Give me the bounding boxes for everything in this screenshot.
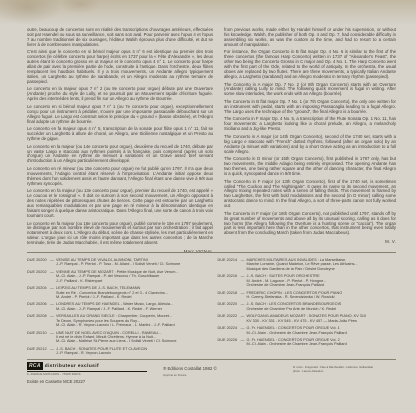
catalog-entry-text: G. Fr. HAENDEL : CONCERTOS POUR ORGUE Vo… (247, 338, 397, 347)
catalog-separator: — (48, 270, 56, 283)
liner-notes-paragraph: For instance, the Organ Concerto in B fl… (224, 50, 396, 79)
catalog-number: DUE 20210 (27, 331, 48, 344)
liner-notes-paragraph: The Concerto in D minor (or 15th Organ C… (224, 157, 396, 177)
catalog-listing: DUE 20200 — VENISE AU TEMPS DE VIVALDI, … (27, 258, 396, 359)
liner-notes-paragraph: The Concerto in A major (or 14th Organ C… (224, 135, 396, 155)
distributor-row: RCA distributeur exclusif (27, 362, 147, 370)
liner-notes-paragraph: The Concerto in B flat major Op. 7 No. 1… (224, 100, 396, 115)
catalog-number: DUE 20204 (27, 286, 48, 299)
catalog-entry-text: G. Fr. HAENDEL : CONCERTOS POUR ORGUE Vo… (247, 326, 397, 335)
liner-notes-paragraph: outre, beaucoup de concertos sont en réa… (27, 28, 213, 48)
catalog-entry: DUE 20226 — G. Fr. HAENDEL : CONCERTOS P… (218, 338, 397, 347)
artwork-credit-block: ill. recto : Fragonard : Fête à Rambouil… (293, 366, 396, 373)
liner-notes-english-column: from previous works, made either by Hand… (224, 28, 396, 254)
author-signature-english: M. V. (224, 239, 396, 244)
liner-notes-paragraph: Le concerto en fa majeur (ou 16e concert… (27, 222, 213, 246)
print-credit: Imprimé en France (163, 373, 273, 377)
catalog-entry: DUE 20214 — MARCHES MILITAIRES AUX INVAL… (218, 258, 397, 271)
catalog-separator: — (239, 302, 247, 311)
distributor-address: 9, AVENUE MATIGNON - 75008 PARIS (27, 371, 147, 376)
catalog-number: DUE 20226 (218, 338, 239, 347)
distributor-block: RCA distributeur exclusif 9, AVENUE MATI… (27, 362, 147, 384)
liner-notes-paragraph: Le concerto en fa majeur (ou 13e concert… (27, 189, 213, 218)
catalog-entry-text: VIENNE AU TEMPS DE MOZART : Petite Musiq… (56, 270, 206, 283)
catalog-entry: DUE 20222 — WOLFGANG-AMADEUS MOZART : SO… (218, 314, 397, 323)
catalog-entry: DUE 20206 — LONDRES AU TEMPS DE HAENDEL … (27, 302, 206, 311)
catalog-separator: — (48, 286, 56, 299)
catalog-entry: DUE 20204 — LEIPZIG AU TEMPS DE J.-S. BA… (27, 286, 206, 299)
catalog-entry-text: FREDERIC CHOPIN : LES CONCERTOS POUR PIA… (247, 291, 397, 300)
catalog-entry-text: UNE NUIT DE NOEL AVEC D'AQUIN - CORELLI … (56, 331, 206, 344)
liner-notes-paragraph: The Concerto in F major Op. 4 No. 5, a t… (224, 117, 396, 132)
artwork-credit-line2: photo : Lauros-Giraudon (293, 370, 396, 374)
liner-notes-french-paragraphs: outre, beaucoup de concertos sont en réa… (27, 28, 213, 246)
liner-notes-paragraph: The Concerto in F major (or 13th Organ C… (224, 180, 396, 209)
cassette-availability-note: Existe en Cassette MCE 20227 (27, 379, 147, 384)
catalog-number: DUE 20208 (27, 314, 48, 327)
liner-notes-paragraph: Le concerto en si bémol majeur opus 7 n°… (27, 105, 213, 125)
liner-notes-paragraph: from previous works, made either by Hand… (224, 28, 396, 48)
liner-notes-paragraph: Le concerto en fa majeur opus 4 n° 5, tr… (27, 127, 213, 142)
catalog-number: DUE 20224 (218, 326, 239, 335)
liner-notes: outre, beaucoup de concertos sont en réa… (27, 28, 396, 254)
liner-notes-paragraph: Le concerto en la majeur (ou 14e concert… (27, 145, 213, 165)
catalog-separator: — (239, 314, 247, 323)
catalog-entry-text: MARCHES MILITAIRES AUX INVALIDES : La Ma… (247, 258, 397, 271)
catalog-separator: — (239, 338, 247, 347)
catalog-number: DUE 20202 (27, 270, 48, 283)
liner-notes-paragraph: The Concerto in F major (or 16th Organ C… (224, 212, 396, 236)
catalog-entry: DUE 20202 — VIENNE AU TEMPS DE MOZART : … (27, 270, 206, 283)
catalog-number: DUE 20200 (27, 258, 48, 267)
catalog-number: DUE 20214 (218, 258, 239, 271)
catalog-entry-text: J.-S. BACH : LES CONCERTOS BRANDEBOURGEO… (247, 302, 397, 311)
catalog-number: DUE 20220 (218, 302, 239, 311)
catalog-column-right: DUE 20214 — MARCHES MILITAIRES AUX INVAL… (218, 258, 397, 359)
catalog-separator: — (239, 258, 247, 271)
catalog-entry-text: WOLFGANG-AMADEUS MOZART : SONATES POUR P… (247, 314, 397, 323)
distributor-label: distributeur exclusif (45, 364, 99, 369)
catalog-entry: DUE 20218 — FREDERIC CHOPIN : LES CONCER… (218, 291, 397, 300)
catalog-number: DUE 20222 (218, 314, 239, 323)
divider-rule-top (27, 252, 396, 253)
divider-rule-bottom (27, 359, 396, 360)
catalog-separator: — (239, 274, 247, 287)
catalog-entry-text: VERSAILLES AU GRAND SIECLE : Charpentier… (56, 314, 206, 327)
catalog-separator: — (48, 314, 56, 327)
liner-notes-paragraph: Le concerto en ré mineur (ou 15e concert… (27, 167, 213, 187)
catalog-entry-text: J.-S. BACH : SONATES POUR FLUTE ET CLAVE… (56, 347, 206, 356)
liner-notes-paragraph: C'est ainsi que le concerto en si bémol … (27, 50, 213, 84)
catalog-separator: — (239, 326, 247, 335)
cover-top-edge (0, 0, 416, 26)
catalog-number: DUE 20216 (218, 274, 239, 287)
liner-notes-paragraph: Le concerto en la majeur opus 7 n° 2 (ou… (27, 87, 213, 102)
catalog-entry: DUE 20212 — J.-S. BACH : SONATES POUR FL… (27, 347, 206, 356)
copyright-line: ℗ Editions Costallat 1982 © (163, 366, 273, 371)
catalog-entry: DUE 20210 — UNE NUIT DE NOEL AVEC D'AQUI… (27, 331, 206, 344)
catalog-column-left: DUE 20200 — VENISE AU TEMPS DE VIVALDI, … (27, 258, 206, 359)
catalog-entry: DUE 20224 — G. Fr. HAENDEL : CONCERTOS P… (218, 326, 397, 335)
liner-notes-paragraph: The Concerto in A major Op. 7 No. 2 (or … (224, 83, 396, 98)
catalog-separator: — (48, 258, 56, 267)
catalog-number: DUE 20212 (27, 347, 48, 356)
copyright-block: ℗ Editions Costallat 1982 © Imprimé en F… (163, 366, 273, 377)
catalog-entry: DUE 20200 — VENISE AU TEMPS DE VIVALDI, … (27, 258, 206, 267)
catalog-entry-text: LONDRES AU TEMPS DE HAENDEL - Water Musi… (56, 302, 206, 311)
catalog-entry: DUE 20220 — J.-S. BACH : LES CONCERTOS B… (218, 302, 397, 311)
liner-notes-french-column: outre, beaucoup de concertos sont en réa… (27, 28, 213, 254)
catalog-entry: DUE 20216 — J.-S. BACH : SUITES POUR ORC… (218, 274, 397, 287)
catalog-entry: DUE 20208 — VERSAILLES AU GRAND SIECLE :… (27, 314, 206, 327)
catalog-entry-text: VENISE AU TEMPS DE VIVALDI, ALBINONI, TA… (56, 258, 206, 267)
rca-logo: RCA (27, 362, 43, 370)
catalog-separator: — (239, 291, 247, 300)
album-back-cover: outre, beaucoup de concertos sont en réa… (0, 0, 416, 413)
catalog-separator: — (48, 331, 56, 344)
catalog-entry-text: J.-S. BACH : SUITES POUR ORCHESTRE M. An… (247, 274, 397, 287)
catalog-separator: — (48, 347, 56, 356)
catalog-number: DUE 20206 (27, 302, 48, 311)
catalog-entry-text: LEIPZIG AU TEMPS DE J.-S. BACH, TELEMANN… (56, 286, 206, 299)
catalog-separator: — (48, 302, 56, 311)
liner-notes-english-paragraphs: from previous works, made either by Hand… (224, 28, 396, 236)
catalog-number: DUE 20218 (218, 291, 239, 300)
